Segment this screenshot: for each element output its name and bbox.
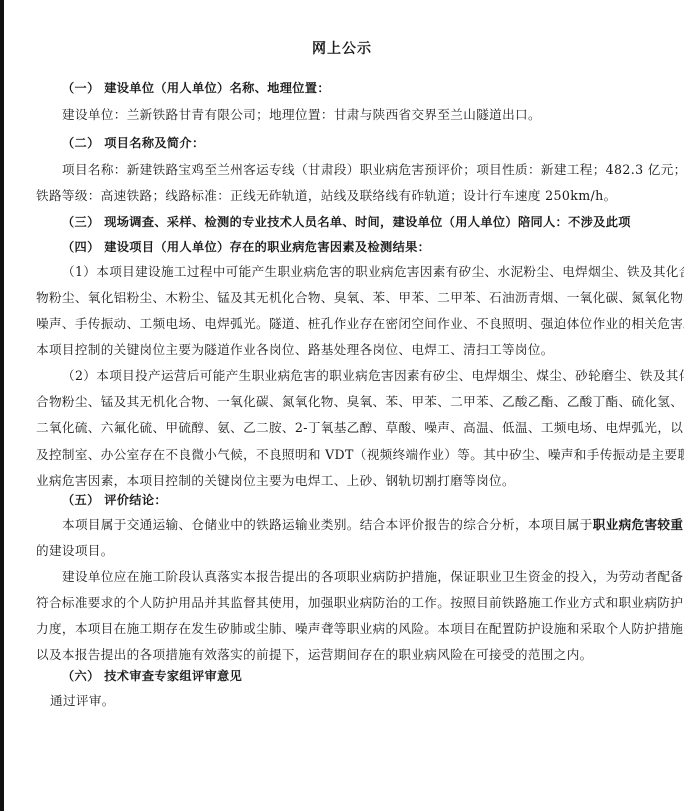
section-5-p2-line-1: 建设单位应在施工阶段认真落实本报告提出的各项职业病防护措施，保证职业卫生资金的投…: [62, 569, 683, 585]
section-4-p2-line-4: 及控制室、办公室存在不良微小气候，不良照明和 VDT（视频终端作业）等。其中矽尘…: [36, 447, 684, 463]
section-5-p1-text: 本项目属于交通运输、仓储业中的铁路运输业类别。结合本评价报告的综合分析，本项目属…: [62, 517, 593, 532]
section-5-p1-line-1: 本项目属于交通运输、仓储业中的铁路运输业类别。结合本评价报告的综合分析，本项目属…: [62, 517, 683, 533]
section-4-p1-line-3: 噪声、手传振动、工频电场、电焊弧光。隧道、桩孔作业存在密闭空间作业、不良照明、强…: [36, 316, 684, 332]
document-page: 网上公示 （一） 建设单位（用人单位）名称、地理位置： 建设单位：兰新铁路甘青有…: [0, 0, 684, 811]
section-4-p2-line-2: 合物粉尘、锰及其无机化合物、一氧化碳、氮氧化物、臭氧、苯、甲苯、二甲苯、乙酸乙酯…: [36, 394, 683, 410]
section-6-heading: （六） 技术审查专家组评审意见: [62, 668, 242, 684]
section-4-p1-line-2: 物粉尘、氧化铝粉尘、木粉尘、锰及其无机化合物、臭氧、苯、甲苯、二甲苯、石油沥青烟…: [36, 290, 684, 306]
section-2-heading: （二） 项目名称及简介：: [62, 135, 205, 151]
section-5-emphasis: 职业病危害较重: [593, 517, 684, 532]
section-5-p1-line-2: 的建设项目。: [36, 543, 114, 559]
section-4-p2-line-1: （2）本项目投产运营后可能产生职业病危害的职业病危害因素有矽尘、电焊烟尘、煤尘、…: [62, 368, 684, 384]
section-5-p2-line-4: 以及本报告提出的各项措施有效落实的前提下，运营期间存在的职业病风险在可接受的范围…: [36, 647, 593, 663]
section-5-p2-line-2: 符合标准要求的个人防护用品并其监督其使用，加强职业病防治的工作。按照目前铁路施工…: [36, 595, 683, 611]
section-6-line-1: 通过评审。: [50, 693, 115, 709]
page-title: 网上公示: [0, 38, 684, 58]
section-2-line-2: 铁路等级：高速铁路；线路标准：正线无砟轨道，站线及联络线有砟轨道；设计行车速度 …: [36, 188, 617, 204]
section-4-p1-line-1: （1）本项目建设施工过程中可能产生职业病危害的职业病危害因素有矽尘、水泥粉尘、电…: [62, 264, 684, 280]
section-5-p2-line-3: 力度，本项目在施工期存在发生矽肺或尘肺、噪声聋等职业病的风险。本项目在配置防护设…: [36, 621, 683, 637]
section-4-p1-line-4: 本项目控制的关键岗位主要为隧道作业各岗位、路基处理各岗位、电焊工、清扫工等岗位。: [36, 342, 554, 358]
section-3-heading: （三） 现场调查、采样、检测的专业技术人员名单、时间，建设单位（用人单位）陪同人…: [62, 214, 631, 230]
section-4-p2-line-5: 业病危害因素，本项目控制的关键岗位主要为电焊工、上砂、钢轨切割打磨等岗位。: [36, 473, 515, 489]
section-2-line-1: 项目名称：新建铁路宝鸡至兰州客运专线（甘肃段）职业病危害预评价；项目性质：新建工…: [62, 162, 684, 178]
section-5-heading: （五） 评价结论：: [62, 492, 167, 508]
section-1-heading: （一） 建设单位（用人单位）名称、地理位置：: [62, 80, 330, 96]
section-1-line-1: 建设单位：兰新铁路甘青有限公司；地理位置：甘肃与陕西省交界至兰山隧道出口。: [62, 107, 541, 123]
section-4-heading: （四） 建设项目（用人单位）存在的职业病危害因素及检测结果：: [62, 239, 430, 255]
section-4-p2-line-3: 二氧化硫、六氟化硫、甲硫醇、氨、乙二胺、2-丁氧基乙醇、草酸、噪声、高温、低温、…: [36, 420, 683, 436]
